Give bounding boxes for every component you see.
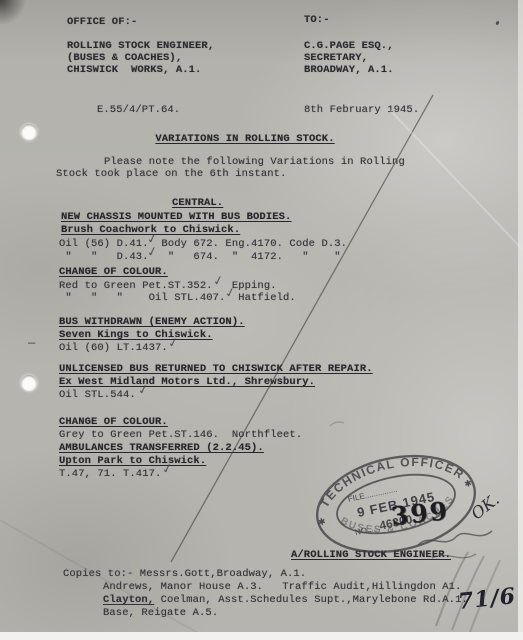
data-row: Oil (56) D.41. Body 672. Eng.4170. Code …	[59, 238, 347, 250]
document-date: 8th February 1945.	[304, 104, 419, 116]
punch-hole-bottom	[21, 375, 37, 391]
office-of-label: OFFICE OF:-	[67, 16, 137, 28]
punch-hole-top	[21, 124, 37, 140]
scanned-memo-page: OFFICE OF:- TO:- ROLLING STOCK ENGINEER,…	[0, 0, 523, 640]
section-heading: AMBULANCES TRANSFERRED (2.2.45).	[59, 442, 264, 454]
scan-edge-bottom	[0, 632, 523, 640]
intro-line: Stock took place on the 6th instant.	[56, 168, 286, 180]
copies-line-rest: Coelman, Asst.Schedules Supt.,Marylebone…	[154, 594, 468, 606]
reference-number: E.55/4/PT.64.	[97, 104, 180, 116]
copies-line: Clayton, Coelman, Asst.Schedules Supt.,M…	[103, 594, 468, 606]
data-row: Oil (60) LT.1437.	[59, 342, 168, 354]
data-row: Grey to Green Pet.ST.146. Northfleet.	[59, 429, 302, 441]
copies-line: Base, Reigate A.5.	[103, 607, 218, 619]
scan-edge-right	[518, 0, 523, 640]
section-subheading: Seven Kings to Chiswick.	[59, 329, 213, 341]
margin-dash-mark: —	[28, 336, 35, 350]
copies-name-underlined: Clayton,	[103, 594, 154, 606]
ink-speck	[495, 21, 499, 26]
section-heading: UNLICENSED BUS RETURNED TO CHISWICK AFTE…	[59, 363, 373, 375]
data-row: Oil STL.544.	[59, 389, 136, 401]
to-label: TO:-	[304, 14, 330, 26]
data-row: " " " Oil STL.407. Hatfield.	[59, 292, 296, 304]
paper-crease	[0, 520, 210, 640]
section-heading: BUS WITHDRAWN (ENEMY ACTION).	[59, 316, 245, 328]
intro-line: Please note the following Variations in …	[104, 156, 405, 168]
faint-pencil-mark	[330, 422, 344, 426]
region-heading: CENTRAL.	[172, 197, 223, 209]
document-title: VARIATIONS IN ROLLING STOCK.	[120, 133, 370, 145]
section-heading: CHANGE OF COLOUR.	[59, 266, 168, 278]
section-subheading: Upton Park to Chiswick.	[59, 455, 206, 467]
copies-line: Andrews, Manor House A.3. Traffic Audit,…	[103, 581, 461, 593]
data-row: " " D.43. " 674. " 4172. " "	[59, 251, 341, 263]
copies-line: Copies to:- Messrs.Gott,Broadway, A.1.	[63, 568, 306, 580]
handwritten-fraction-note: 71/6	[457, 583, 517, 615]
section-subheading: Ex West Midland Motors Ltd., Shrewsbury.	[59, 376, 315, 388]
section-heading: CHANGE OF COLOUR.	[59, 416, 168, 428]
from-address-line: CHISWICK WORKS, A.1.	[67, 64, 201, 76]
to-address-line: SECRETARY,	[304, 52, 368, 64]
to-address-line: C.G.PAGE ESQ.,	[304, 40, 394, 52]
section-heading: NEW CHASSIS MOUNTED WITH BUS BODIES.	[61, 211, 291, 223]
from-address-line: ROLLING STOCK ENGINEER,	[67, 40, 214, 52]
scan-corner-shadow	[0, 0, 28, 24]
to-address-line: BROADWAY, A.1.	[304, 64, 394, 76]
handwritten-file-number: 399	[390, 496, 451, 531]
data-row: Red to Green Pet.ST.352. Epping.	[59, 280, 277, 292]
from-address-line: (BUSES & COACHES),	[67, 52, 182, 64]
data-row: T.47, 71. T.417.	[59, 468, 161, 480]
stamp-star-left: ✱	[317, 516, 326, 527]
paper-crease	[390, 110, 523, 250]
